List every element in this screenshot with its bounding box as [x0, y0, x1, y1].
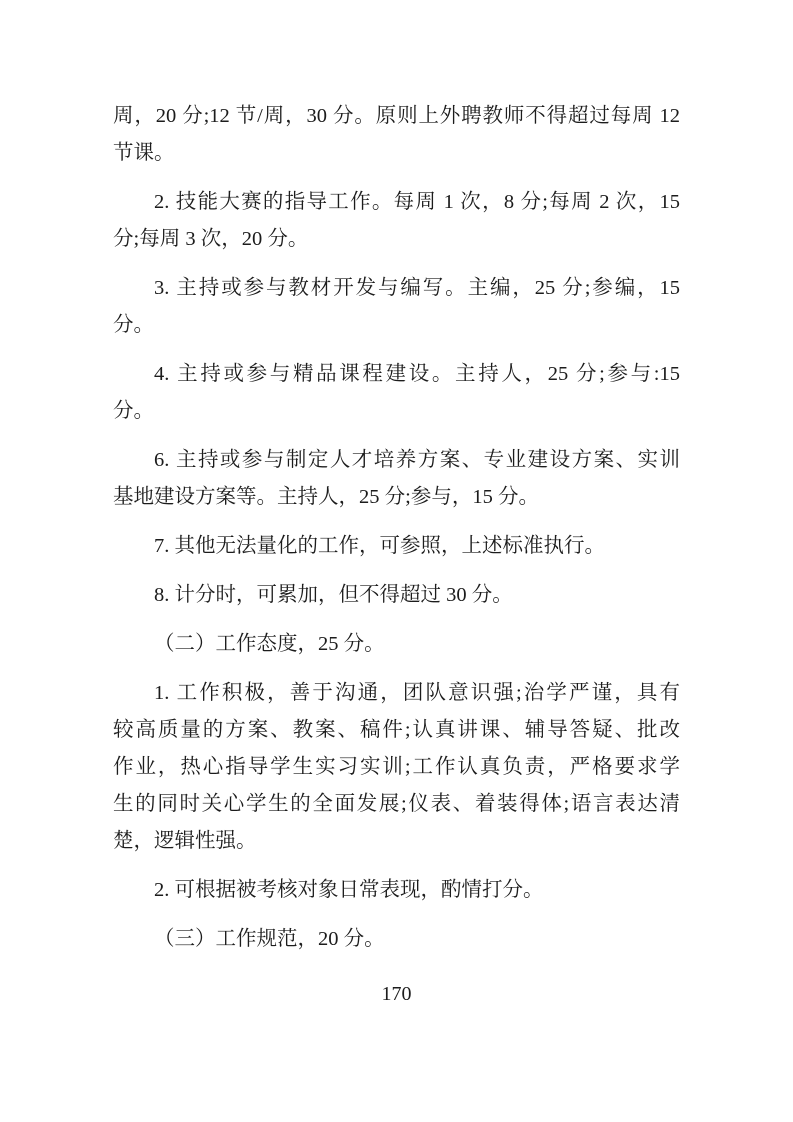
text-line: 2. 技能大赛的指导工作。每周 1 次，8 分;每周 2 次，15: [113, 184, 680, 221]
text-line: 分;每周 3 次，20 分。: [113, 221, 680, 258]
section-heading-2: （二）工作态度，25 分。: [113, 626, 680, 663]
paragraph-item-6: 6. 主持或参与制定人才培养方案、专业建设方案、实训 基地建设方案等。主持人，2…: [113, 442, 680, 516]
text-line: 6. 主持或参与制定人才培养方案、专业建设方案、实训: [113, 442, 680, 479]
text-line: 分。: [113, 307, 680, 344]
text-line: 生的同时关心学生的全面发展;仪表、着装得体;语言表达清: [113, 786, 680, 823]
paragraph-attitude-2: 2. 可根据被考核对象日常表现，酌情打分。: [113, 872, 680, 909]
document-page: 周，20 分;12 节/周，30 分。原则上外聘教师不得超过每周 12 节课。 …: [0, 0, 793, 1122]
text-line: （二）工作态度，25 分。: [113, 626, 680, 663]
paragraph-item-2: 2. 技能大赛的指导工作。每周 1 次，8 分;每周 2 次，15 分;每周 3…: [113, 184, 680, 258]
text-line: 7. 其他无法量化的工作，可参照，上述标准执行。: [113, 528, 680, 565]
text-line: 4. 主持或参与精品课程建设。主持人，25 分;参与:15: [113, 356, 680, 393]
paragraph-item-8: 8. 计分时，可累加，但不得超过 30 分。: [113, 577, 680, 614]
text-line: 3. 主持或参与教材开发与编写。主编，25 分;参编，15: [113, 270, 680, 307]
text-line: 楚，逻辑性强。: [113, 823, 680, 860]
document-body: 周，20 分;12 节/周，30 分。原则上外聘教师不得超过每周 12 节课。 …: [113, 98, 680, 970]
text-line: 作业，热心指导学生实习实训;工作认真负责，严格要求学: [113, 749, 680, 786]
text-line: （三）工作规范，20 分。: [113, 921, 680, 958]
paragraph-item-3: 3. 主持或参与教材开发与编写。主编，25 分;参编，15 分。: [113, 270, 680, 344]
text-line: 8. 计分时，可累加，但不得超过 30 分。: [113, 577, 680, 614]
section-heading-3: （三）工作规范，20 分。: [113, 921, 680, 958]
text-line: 节课。: [113, 135, 680, 172]
paragraph-continuation: 周，20 分;12 节/周，30 分。原则上外聘教师不得超过每周 12 节课。: [113, 98, 680, 172]
paragraph-item-4: 4. 主持或参与精品课程建设。主持人，25 分;参与:15 分。: [113, 356, 680, 430]
text-line: 1. 工作积极，善于沟通，团队意识强;治学严谨，具有: [113, 675, 680, 712]
text-line: 较高质量的方案、教案、稿件;认真讲课、辅导答疑、批改: [113, 712, 680, 749]
text-line: 基地建设方案等。主持人，25 分;参与，15 分。: [113, 479, 680, 516]
paragraph-attitude-1: 1. 工作积极，善于沟通，团队意识强;治学严谨，具有 较高质量的方案、教案、稿件…: [113, 675, 680, 860]
page-number: 170: [0, 980, 793, 1008]
text-line: 分。: [113, 393, 680, 430]
text-line: 周，20 分;12 节/周，30 分。原则上外聘教师不得超过每周 12: [113, 98, 680, 135]
text-line: 2. 可根据被考核对象日常表现，酌情打分。: [113, 872, 680, 909]
paragraph-item-7: 7. 其他无法量化的工作，可参照，上述标准执行。: [113, 528, 680, 565]
